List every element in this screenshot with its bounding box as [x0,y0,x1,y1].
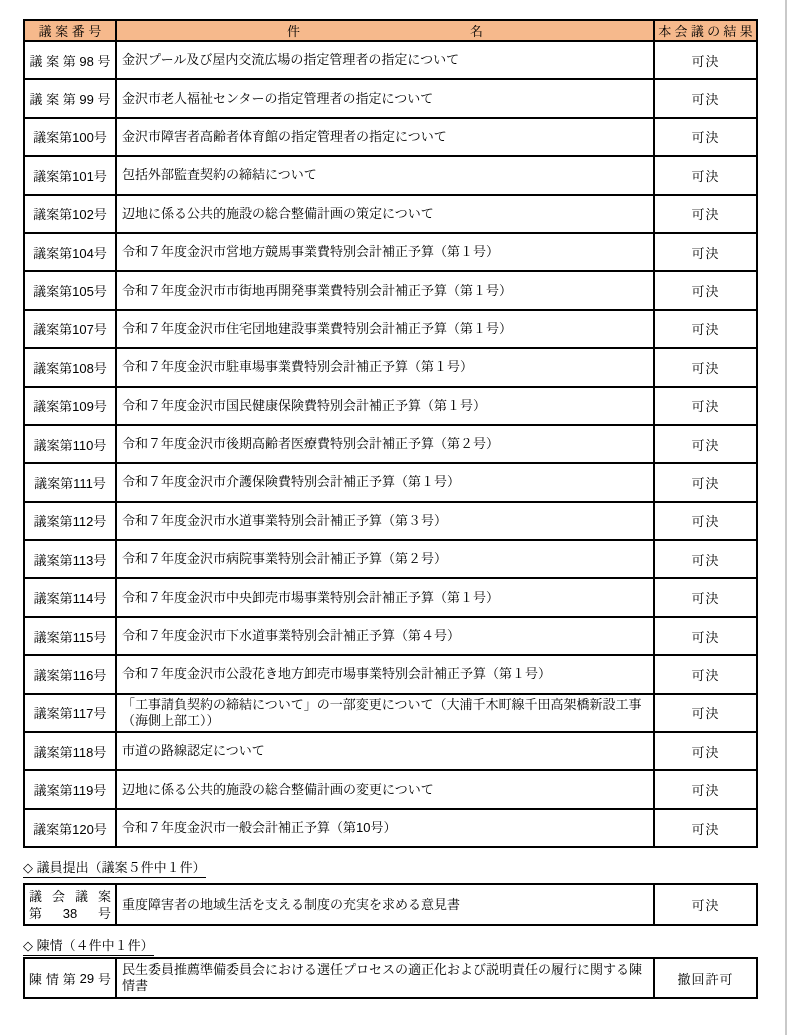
table-row: 議 案 第 98 号金沢プール及び屋内交流広場の指定管理者の指定について可決 [24,41,757,79]
result-cell: 可決 [654,79,757,117]
bill-number-line2: 第38号 [26,905,114,922]
bill-number-cell: 議案第110号 [24,425,116,463]
header-bill-title: 件名 [116,20,654,41]
table-row: 議案第113号令和７年度金沢市病院事業特別会計補正予算（第２号）可決 [24,540,757,578]
bill-number-cell: 議案第101号 [24,156,116,194]
bill-number-cell: 議案第119号 [24,770,116,808]
table-row: 議案第102号辺地に係る公共的施設の総合整備計画の策定について可決 [24,195,757,233]
bill-title-cell: 令和７年度金沢市下水道事業特別会計補正予算（第４号） [116,617,654,655]
bill-number-cell: 議案第105号 [24,271,116,309]
bill-number-cell: 議案第112号 [24,502,116,540]
table-row: 議案第109号令和７年度金沢市国民健康保険費特別会計補正予算（第１号）可決 [24,387,757,425]
table-row: 議案第100号金沢市障害者高齢者体育館の指定管理者の指定について可決 [24,118,757,156]
bill-number-cell: 陳情第29号 [24,958,116,998]
result-cell: 可決 [654,310,757,348]
bill-number-cell: 議案第116号 [24,655,116,693]
bill-title-cell: 金沢市老人福祉センターの指定管理者の指定について [116,79,654,117]
table-row: 議 案 第 99 号金沢市老人福祉センターの指定管理者の指定について可決 [24,79,757,117]
result-cell: 可決 [654,41,757,79]
table-row: 議案第105号令和７年度金沢市市街地再開発事業費特別会計補正予算（第１号）可決 [24,271,757,309]
page-edge-line [785,0,787,1035]
bill-number-cell: 議 案 第 98 号 [24,41,116,79]
bill-number-cell: 議会議案 第38号 [24,884,116,925]
bill-title-cell: 金沢市障害者高齢者体育館の指定管理者の指定について [116,118,654,156]
bill-title-cell: 令和７年度金沢市中央卸売市場事業特別会計補正予算（第１号） [116,578,654,616]
bill-title-cell: 辺地に係る公共的施設の総合整備計画の変更について [116,770,654,808]
bill-number-cell: 議案第104号 [24,233,116,271]
bill-title-cell: 金沢プール及び屋内交流広場の指定管理者の指定について [116,41,654,79]
bill-number-line1: 議会議案 [26,888,114,905]
bill-title-cell: 令和７年度金沢市一般会計補正予算（第10号） [116,809,654,847]
petition-number: 陳情第29号 [25,969,115,988]
bill-title-cell: 令和７年度金沢市市街地再開発事業費特別会計補正予算（第１号） [116,271,654,309]
result-cell: 可決 [654,156,757,194]
bill-number-cell: 議案第102号 [24,195,116,233]
result-cell: 可決 [654,809,757,847]
bill-number-cell: 議案第113号 [24,540,116,578]
bill-number-cell: 議案第111号 [24,463,116,501]
section-heading-chinjo: ◇ 陳情（４件中１件） [23,938,154,954]
table-row: 議案第112号令和７年度金沢市水道事業特別会計補正予算（第３号）可決 [24,502,757,540]
chinjo-table: 陳情第29号 民生委員推薦準備委員会における選任プロセスの適正化および説明責任の… [23,957,758,999]
result-cell: 可決 [654,387,757,425]
result-cell: 可決 [654,617,757,655]
result-cell: 可決 [654,770,757,808]
result-cell: 可決 [654,348,757,386]
result-cell: 可決 [654,578,757,616]
table-row: 議案第104号令和７年度金沢市営地方競馬事業費特別会計補正予算（第１号）可決 [24,233,757,271]
bill-number-cell: 議案第107号 [24,310,116,348]
header-bill-number: 議案番号 [24,20,116,41]
bill-title-cell: 令和７年度金沢市水道事業特別会計補正予算（第３号） [116,502,654,540]
bill-title-cell: 令和７年度金沢市公設花き地方卸売市場事業特別会計補正予算（第１号） [116,655,654,693]
result-cell: 可決 [654,884,757,925]
result-cell: 可決 [654,271,757,309]
table-row: 議案第101号包括外部監査契約の締結について可決 [24,156,757,194]
bills-table: 議案番号 件名 本会議の結果 議 案 第 98 号金沢プール及び屋内交流広場の指… [23,19,758,848]
table-row: 議会議案 第38号 重度障害者の地域生活を支える制度の充実を求める意見書 可決 [24,884,757,925]
header-result: 本会議の結果 [654,20,757,41]
table-row: 議案第114号令和７年度金沢市中央卸売市場事業特別会計補正予算（第１号）可決 [24,578,757,616]
bill-title-cell: 民生委員推薦準備委員会における選任プロセスの適正化および説明責任の履行に関する陳… [116,958,654,998]
table-row: 議案第107号令和７年度金沢市住宅団地建設事業費特別会計補正予算（第１号）可決 [24,310,757,348]
section-heading-giin-teishutsu: ◇ 議員提出（議案５件中１件） [23,860,206,876]
table-row: 議案第115号令和７年度金沢市下水道事業特別会計補正予算（第４号）可決 [24,617,757,655]
result-cell: 可決 [654,502,757,540]
result-cell: 可決 [654,694,757,732]
result-cell: 可決 [654,463,757,501]
bill-title-cell: 令和７年度金沢市住宅団地建設事業費特別会計補正予算（第１号） [116,310,654,348]
result-cell: 可決 [654,732,757,770]
bill-title-cell: 令和７年度金沢市病院事業特別会計補正予算（第２号） [116,540,654,578]
giin-teishutsu-table: 議会議案 第38号 重度障害者の地域生活を支える制度の充実を求める意見書 可決 [23,883,758,926]
result-cell: 可決 [654,655,757,693]
table-row: 議案第111号令和７年度金沢市介護保険費特別会計補正予算（第１号）可決 [24,463,757,501]
bill-number-cell: 議案第115号 [24,617,116,655]
bill-number-cell: 議案第100号 [24,118,116,156]
bill-number-cell: 議案第108号 [24,348,116,386]
result-cell: 可決 [654,195,757,233]
table-row: 陳情第29号 民生委員推薦準備委員会における選任プロセスの適正化および説明責任の… [24,958,757,998]
bill-number-cell: 議案第117号 [24,694,116,732]
result-cell: 可決 [654,118,757,156]
council-results-document: 議案番号 件名 本会議の結果 議 案 第 98 号金沢プール及び屋内交流広場の指… [0,0,789,1035]
bill-title-cell: 辺地に係る公共的施設の総合整備計画の策定について [116,195,654,233]
bill-title-cell: 令和７年度金沢市営地方競馬事業費特別会計補正予算（第１号） [116,233,654,271]
bills-table-header-row: 議案番号 件名 本会議の結果 [24,20,757,41]
bill-number-cell: 議案第118号 [24,732,116,770]
bill-title-cell: 「工事請負契約の締結について」の一部変更について（大浦千木町線千田高架橋新設工事… [116,694,654,732]
bill-number-cell: 議案第109号 [24,387,116,425]
table-row: 議案第116号令和７年度金沢市公設花き地方卸売市場事業特別会計補正予算（第１号）… [24,655,757,693]
bill-number-cell: 議案第114号 [24,578,116,616]
bill-title-cell: 重度障害者の地域生活を支える制度の充実を求める意見書 [116,884,654,925]
bill-title-cell: 包括外部監査契約の締結について [116,156,654,194]
bill-title-cell: 令和７年度金沢市後期高齢者医療費特別会計補正予算（第２号） [116,425,654,463]
result-cell: 可決 [654,233,757,271]
table-row: 議案第119号辺地に係る公共的施設の総合整備計画の変更について可決 [24,770,757,808]
bill-title-cell: 令和７年度金沢市駐車場事業費特別会計補正予算（第１号） [116,348,654,386]
result-cell: 撤回許可 [654,958,757,998]
bill-title-cell: 令和７年度金沢市国民健康保険費特別会計補正予算（第１号） [116,387,654,425]
result-cell: 可決 [654,425,757,463]
table-row: 議案第118号市道の路線認定について可決 [24,732,757,770]
result-cell: 可決 [654,540,757,578]
bill-number-cell: 議 案 第 99 号 [24,79,116,117]
bill-number-cell: 議案第120号 [24,809,116,847]
bill-title-cell: 令和７年度金沢市介護保険費特別会計補正予算（第１号） [116,463,654,501]
table-row: 議案第120号令和７年度金沢市一般会計補正予算（第10号）可決 [24,809,757,847]
table-row: 議案第110号令和７年度金沢市後期高齢者医療費特別会計補正予算（第２号）可決 [24,425,757,463]
table-row: 議案第117号「工事請負契約の締結について」の一部変更について（大浦千木町線千田… [24,694,757,732]
table-row: 議案第108号令和７年度金沢市駐車場事業費特別会計補正予算（第１号）可決 [24,348,757,386]
bill-title-cell: 市道の路線認定について [116,732,654,770]
